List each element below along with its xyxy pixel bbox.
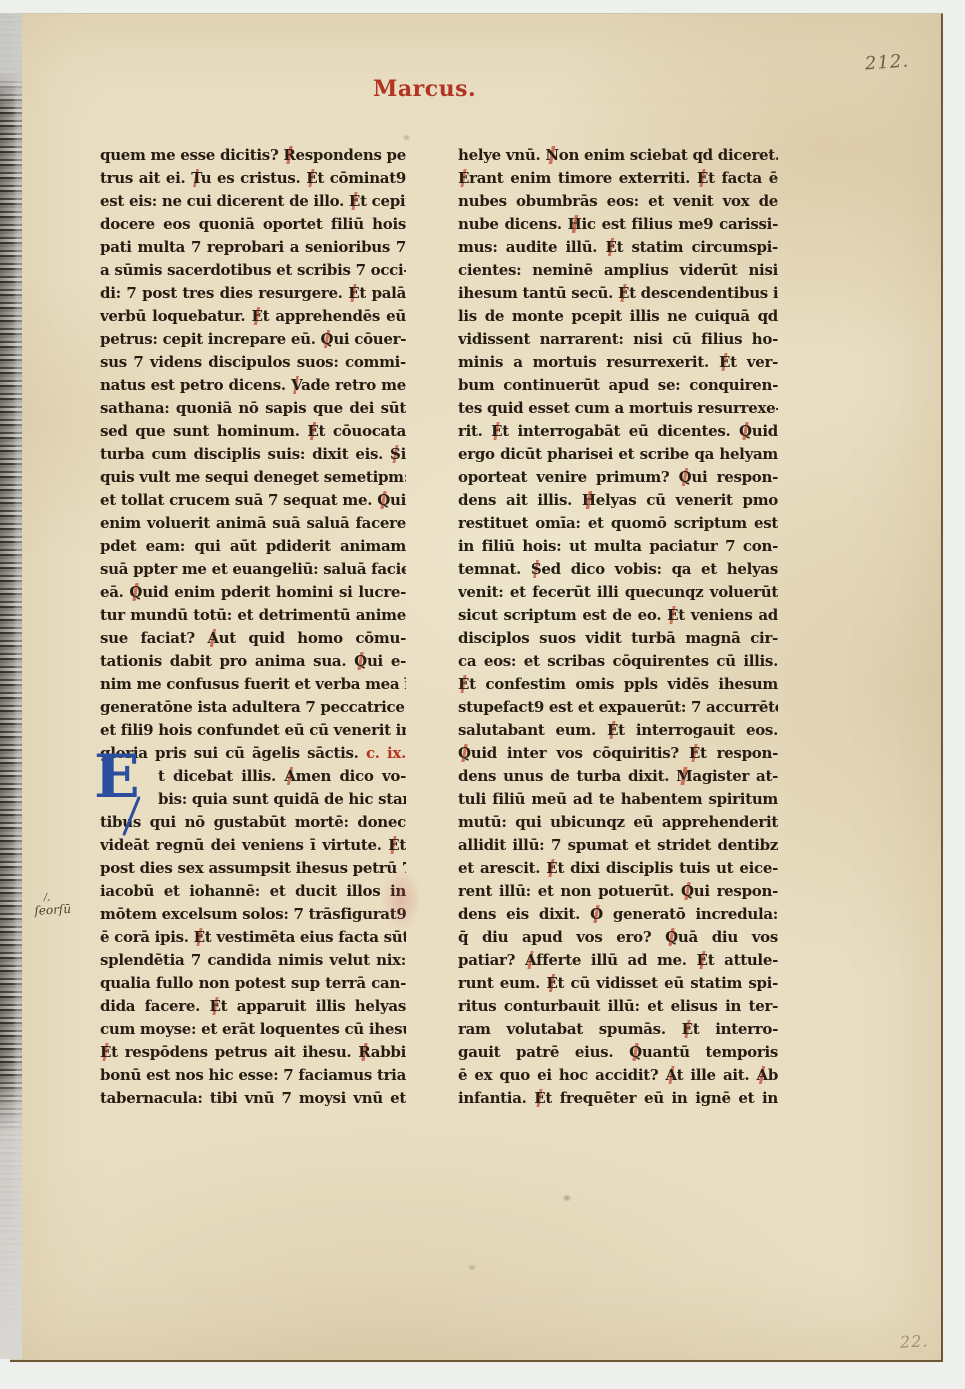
text-line: et arescit. Et dixi disciplis tuis ut ei…: [458, 857, 778, 880]
text-line: sus 7 videns discipulos suos: commi-: [100, 351, 406, 374]
text-line: tationis dabit pro anima sua. Qui e-: [100, 650, 406, 673]
manuscript-page: Marcus. 212. quem me esse dicitis? Respo…: [10, 13, 943, 1362]
text-line: stupefact9 est et expauerūt: 7 accurrēte…: [458, 696, 778, 719]
text-line: Et confestim omis ppls vidēs ihesum: [458, 673, 778, 696]
text-line: tabernacula: tibi vnū 7 moysi vnū et: [100, 1087, 406, 1110]
text-line: ritus conturbauit illū: et elisus in ter…: [458, 995, 778, 1018]
text-line: tur mundū totū: et detrimentū anime: [100, 604, 406, 627]
text-line: di: 7 post tres dies resurgere. Et palā: [100, 282, 406, 305]
text-line: est eis: ne cui dicerent de illo. Et cep…: [100, 190, 406, 213]
text-line: sue faciat? Aut quid homo cōmu-: [100, 627, 406, 650]
text-line: ē corā ipis. Et vestimēta eius facta sūt: [100, 926, 406, 949]
text-line: sathana: quoniā nō sapis que dei sūt: [100, 397, 406, 420]
text-line: ram volutabat spumās. Et interro-: [458, 1018, 778, 1041]
text-line: splendētia 7 candida nimis velut nix:: [100, 949, 406, 972]
text-line: gauit patrē eius. Quantū temporis: [458, 1041, 778, 1064]
text-line: mutū: qui ubicunqz eū apprehenderit: [458, 811, 778, 834]
text-line: nube dicens. Hic est filius me9 carissi-: [458, 213, 778, 236]
parchment-speck: [562, 1194, 572, 1202]
text-line: runt eum. Et cū vidisset eū statim spi-: [458, 972, 778, 995]
text-line: trus ait ei. Tu es cristus. Et cōminat9: [100, 167, 406, 190]
illuminated-initial: E: [94, 749, 140, 805]
text-line: enim voluerit animā suā saluā facere: [100, 512, 406, 535]
marginal-annotation: /, ſeorſū: [33, 888, 104, 918]
text-line: dens ait illis. Helyas cū venerit pmo: [458, 489, 778, 512]
text-line: ca eos: et scribas cōquirentes cū illis.: [458, 650, 778, 673]
text-line: natus est petro dicens. Vade retro me: [100, 374, 406, 397]
text-line: rit. Et interrogabāt eū dicentes. Quid: [458, 420, 778, 443]
text-column-left: quem me esse dicitis? Respondens pe-trus…: [100, 144, 406, 1110]
text-line: turba cum disciplis suis: dixit eis. Si: [100, 443, 406, 466]
text-line: tuli filiū meū ad te habentem spiritum: [458, 788, 778, 811]
text-line: et fili9 hois confundet eū cū venerit in: [100, 719, 406, 742]
text-line: helye vnū. Non enim sciebat qd diceret.: [458, 144, 778, 167]
text-line: dens eis dixit. O generatō incredula:: [458, 903, 778, 926]
text-line: mōtem excelsum solos: 7 trāsfigurat9: [100, 903, 406, 926]
text-line: rent illū: et non potuerūt. Qui respon-: [458, 880, 778, 903]
text-line: oporteat venire primum? Qui respon-: [458, 466, 778, 489]
parchment-speck: [468, 1264, 476, 1271]
text-line: ihesum tantū secū. Et descendentibus il-: [458, 282, 778, 305]
parchment-speck: [402, 134, 411, 141]
text-line: lis de monte pcepit illis ne cuiquā qd: [458, 305, 778, 328]
text-lines-left: quem me esse dicitis? Respondens pe-trus…: [100, 144, 406, 1110]
text-line: bis: quia sunt quidā de hic stan-: [100, 788, 406, 811]
text-lines-right: helye vnū. Non enim sciebat qd diceret.E…: [458, 144, 778, 1110]
text-line: Et respōdens petrus ait ihesu. Rabbi: [100, 1041, 406, 1064]
text-line: cum moyse: et erāt loquentes cū ihesu.: [100, 1018, 406, 1041]
facing-page-edge: [0, 13, 22, 1359]
text-line: q̄ diu apud vos ero? Quā diu vos: [458, 926, 778, 949]
text-line: docere eos quoniā oportet filiū hois: [100, 213, 406, 236]
text-line: nim me confusus fuerit et verba mea ī: [100, 673, 406, 696]
text-line: infantia. Et frequēter eū in ignē et in: [458, 1087, 778, 1110]
text-line: nubes obumbrās eos: et venit vox de: [458, 190, 778, 213]
text-line: disciplos suos vidit turbā magnā cir-: [458, 627, 778, 650]
text-line: pati multa 7 reprobari a senioribus 7: [100, 236, 406, 259]
ink-smudge: [380, 866, 422, 932]
text-line: cientes: neminē amplius viderūt nisi: [458, 259, 778, 282]
text-line: ergo dicūt pharisei et scribe qa helyam: [458, 443, 778, 466]
text-line: qualia fullo non potest sup terrā can-: [100, 972, 406, 995]
text-line: bum continuerūt apud se: conquiren-: [458, 374, 778, 397]
text-line: dida facere. Et apparuit illis helyas: [100, 995, 406, 1018]
folio-number: 212.: [864, 50, 909, 74]
text-line: gloria pris sui cū āgelis sāctis. c. ix.: [100, 742, 406, 765]
text-line: allidit illū: 7 spumat et stridet dentib…: [458, 834, 778, 857]
collection-number: 22.: [900, 1331, 929, 1351]
text-line: suā ppter me et euangeliū: saluā faciet: [100, 558, 406, 581]
text-line: petrus: cepit increpare eū. Qui cōuer-: [100, 328, 406, 351]
text-line: Erant enim timore exterriti. Et facta ē: [458, 167, 778, 190]
text-line: patiar? Afferte illū ad me. Et attule-: [458, 949, 778, 972]
marginal-annotation-text: ſeorſū: [34, 902, 71, 918]
text-line: in filiū hois: ut multa paciatur 7 con-: [458, 535, 778, 558]
running-title: Marcus.: [373, 76, 476, 102]
text-line: temnat. Sed dico vobis: qa et helyas: [458, 558, 778, 581]
text-line: mus: audite illū. Et statim circumspi-: [458, 236, 778, 259]
text-line: pdet eam: qui aūt pdiderit animam: [100, 535, 406, 558]
text-line: quis vult me sequi deneget semetipm:: [100, 466, 406, 489]
text-line: iacobū et iohannē: et ducit illos in: [100, 880, 406, 903]
text-line: tes quid esset cum a mortuis resurrexe-: [458, 397, 778, 420]
text-line: tibus qui nō gustabūt mortē: donec: [100, 811, 406, 834]
text-line: post dies sex assumpsit ihesus petrū 7: [100, 857, 406, 880]
text-line: bonū est nos hic esse: 7 faciamus tria: [100, 1064, 406, 1087]
text-line: sed que sunt hominum. Et cōuocata: [100, 420, 406, 443]
text-line: et tollat crucem suā 7 sequat me. Qui: [100, 489, 406, 512]
text-line: minis a mortuis resurrexerit. Et ver-: [458, 351, 778, 374]
text-line: ē ex quo ei hoc accidit? At ille ait. Ab: [458, 1064, 778, 1087]
text-line: a sūmis sacerdotibus et scribis 7 occi-: [100, 259, 406, 282]
text-line: t dicebat illis. Amen dico vo-: [100, 765, 406, 788]
text-line: eā. Quid enim pderit homini si lucre-: [100, 581, 406, 604]
text-line: verbū loquebatur. Et apprehendēs eū: [100, 305, 406, 328]
text-line: generatōne ista adultera 7 peccatrice:: [100, 696, 406, 719]
text-line: venit: et fecerūt illi quecunqz voluerūt: [458, 581, 778, 604]
text-line: salutabant eum. Et interrogauit eos.: [458, 719, 778, 742]
text-line: dens unus de turba dixit. Magister at-: [458, 765, 778, 788]
text-line: vidissent narrarent: nisi cū filius ho-: [458, 328, 778, 351]
text-line: restituet omīa: et quomō scriptum est: [458, 512, 778, 535]
text-column-right: helye vnū. Non enim sciebat qd diceret.E…: [458, 144, 778, 1110]
text-line: quem me esse dicitis? Respondens pe-: [100, 144, 406, 167]
text-line: sicut scriptum est de eo. Et veniens ad: [458, 604, 778, 627]
text-line: Quid inter vos cōquiritis? Et respon-: [458, 742, 778, 765]
text-line: videāt regnū dei veniens ī virtute. Et: [100, 834, 406, 857]
